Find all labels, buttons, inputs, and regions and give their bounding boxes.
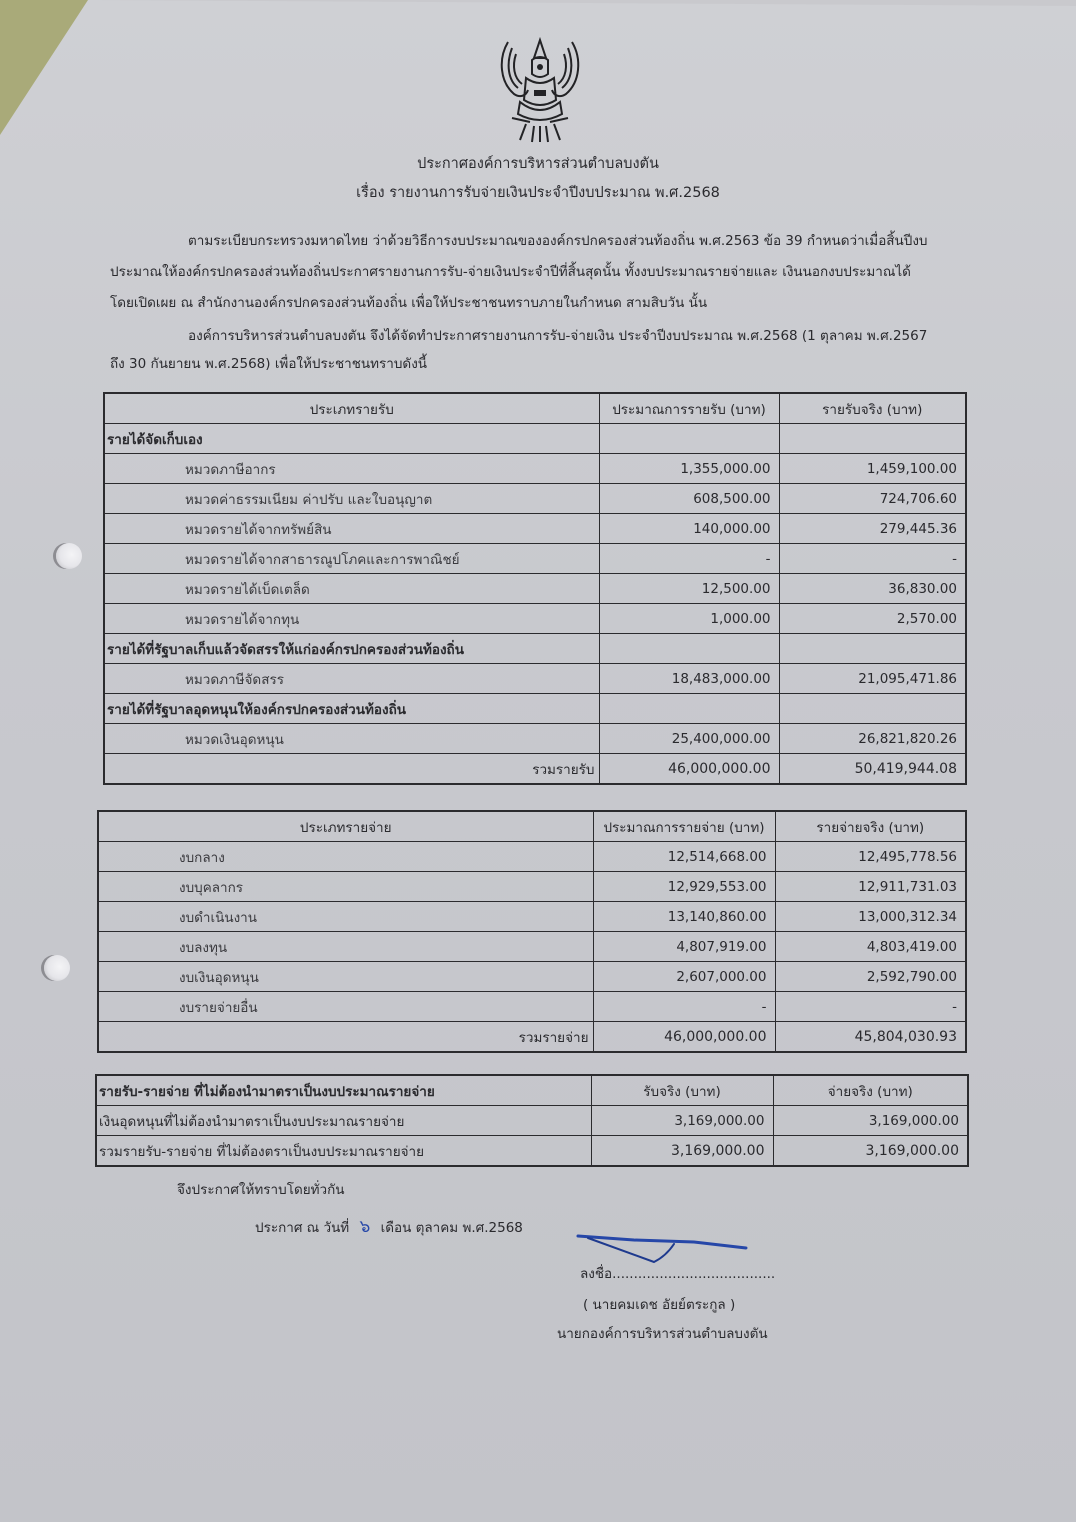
total-label: รวมรายรับ-รายจ่าย ที่ไม่ต้องตราเป็นงบประ… (96, 1136, 591, 1167)
actual-value: 21,095,471.86 (779, 664, 966, 694)
closing-announce: จึงประกาศให้ทราบโดยทั่วกัน (177, 1178, 345, 1200)
table-row: งบลงทุน4,807,919.004,803,419.00 (98, 932, 966, 962)
column-header: จ่ายจริง (บาท) (773, 1075, 968, 1106)
announcement-subject: เรื่อง รายงานการรับจ่ายเงินประจำปีงบประม… (0, 181, 1076, 204)
total-actual: 45,804,030.93 (775, 1022, 966, 1053)
date-prefix: ประกาศ ณ วันที่ (255, 1220, 349, 1236)
estimate-value: - (599, 544, 779, 574)
table-row: หมวดรายได้จากทรัพย์สิน140,000.00279,445.… (104, 514, 966, 544)
non-budget-table: รายรับ-รายจ่าย ที่ไม่ต้องนำมาตราเป็นงบปร… (95, 1074, 969, 1167)
table-row: หมวดรายได้เบ็ดเตล็ด12,500.0036,830.00 (104, 574, 966, 604)
intro-line: องค์การบริหารส่วนตำบลบงตัน จึงได้จัดทำปร… (188, 324, 927, 346)
total-paid: 3,169,000.00 (773, 1136, 968, 1167)
category-row: รายได้ที่รัฐบาลเก็บแล้วจัดสรรให้แก่องค์ก… (104, 634, 966, 664)
garuda-emblem-icon (490, 34, 590, 146)
item-label: หมวดค่าธรรมเนียม ค่าปรับ และใบอนุญาต (104, 484, 599, 514)
column-header: รายจ่ายจริง (บาท) (775, 811, 966, 842)
signature-label: ลงชื่อ..................................… (580, 1262, 775, 1284)
item-label: หมวดภาษีจัดสรร (104, 664, 599, 694)
estimate-value: 18,483,000.00 (599, 664, 779, 694)
actual-value: 724,706.60 (779, 484, 966, 514)
actual-value: 12,911,731.03 (775, 872, 966, 902)
estimate-value: 12,929,553.00 (593, 872, 775, 902)
total-estimate: 46,000,000.00 (593, 1022, 775, 1053)
table-row: หมวดภาษีอากร1,355,000.001,459,100.00 (104, 454, 966, 484)
item-label: หมวดภาษีอากร (104, 454, 599, 484)
announcement-title: ประกาศองค์การบริหารส่วนตำบลบงตัน (0, 152, 1076, 175)
estimate-value: 13,140,860.00 (593, 902, 775, 932)
item-label: งบบุคลากร (98, 872, 593, 902)
actual-value: 2,570.00 (779, 604, 966, 634)
estimate-value: 4,807,919.00 (593, 932, 775, 962)
actual-value: 4,803,419.00 (775, 932, 966, 962)
category-row: รายได้ที่รัฐบาลอุดหนุนให้องค์กรปกครองส่ว… (104, 694, 966, 724)
intro-line: โดยเปิดเผย ณ สำนักงานองค์กรปกครองส่วนท้อ… (110, 291, 707, 313)
actual-value (779, 424, 966, 454)
total-row: รวมรายจ่าย46,000,000.0045,804,030.93 (98, 1022, 966, 1053)
column-header: รายรับ-รายจ่าย ที่ไม่ต้องนำมาตราเป็นงบปร… (96, 1075, 591, 1106)
total-label: รวมรายจ่าย (98, 1022, 593, 1053)
column-header: ประมาณการรายจ่าย (บาท) (593, 811, 775, 842)
estimate-value: 1,355,000.00 (599, 454, 779, 484)
table-row: งบบุคลากร12,929,553.0012,911,731.03 (98, 872, 966, 902)
date-suffix: เดือน ตุลาคม พ.ศ.2568 (381, 1220, 523, 1236)
expense-table: ประเภทรายจ่ายประมาณการรายจ่าย (บาท)รายจ่… (97, 810, 967, 1053)
table-row: เงินอุดหนุนที่ไม่ต้องนำมาตราเป็นงบประมาณ… (96, 1106, 968, 1136)
item-label: หมวดเงินอุดหนุน (104, 724, 599, 754)
actual-value: 1,459,100.00 (779, 454, 966, 484)
estimate-value: 140,000.00 (599, 514, 779, 544)
table-header-row: รายรับ-รายจ่าย ที่ไม่ต้องนำมาตราเป็นงบปร… (96, 1075, 968, 1106)
estimate-value: 608,500.00 (599, 484, 779, 514)
estimate-value: 25,400,000.00 (599, 724, 779, 754)
estimate-value: 12,500.00 (599, 574, 779, 604)
revenue-table: ประเภทรายรับประมาณการรายรับ (บาท)รายรับจ… (103, 392, 967, 785)
punch-hole (56, 543, 82, 569)
actual-value (779, 634, 966, 664)
intro-line: ประมาณให้องค์กรปกครองส่วนท้องถิ่นประกาศร… (110, 260, 911, 282)
actual-value: 2,592,790.00 (775, 962, 966, 992)
date-day-handwritten: ๖ (360, 1217, 371, 1237)
column-header: ประมาณการรายรับ (บาท) (599, 393, 779, 424)
total-actual: 50,419,944.08 (779, 754, 966, 785)
table-row: หมวดรายได้จากทุน1,000.002,570.00 (104, 604, 966, 634)
estimate-value (599, 694, 779, 724)
total-estimate: 46,000,000.00 (599, 754, 779, 785)
punch-hole (44, 955, 70, 981)
actual-value: - (775, 992, 966, 1022)
total-row: รวมรายรับ-รายจ่าย ที่ไม่ต้องตราเป็นงบประ… (96, 1136, 968, 1167)
item-label: หมวดรายได้จากทรัพย์สิน (104, 514, 599, 544)
item-label: หมวดรายได้จากทุน (104, 604, 599, 634)
signer-name: ( นายคมเดช อัยย์ตระกูล ) (583, 1293, 735, 1315)
item-label: เงินอุดหนุนที่ไม่ต้องนำมาตราเป็นงบประมาณ… (96, 1106, 591, 1136)
announcement-date: ประกาศ ณ วันที่ ๖ เดือน ตุลาคม พ.ศ.2568 (255, 1213, 523, 1240)
table-header-row: ประเภทรายจ่ายประมาณการรายจ่าย (บาท)รายจ่… (98, 811, 966, 842)
actual-value: 26,821,820.26 (779, 724, 966, 754)
column-header: รายรับจริง (บาท) (779, 393, 966, 424)
item-label: งบดำเนินงาน (98, 902, 593, 932)
actual-value (779, 694, 966, 724)
intro-line: ตามระเบียบกระทรวงมหาดไทย ว่าด้วยวิธีการง… (188, 229, 928, 251)
intro-line: ถึง 30 กันยายน พ.ศ.2568) เพื่อให้ประชาชน… (110, 352, 427, 374)
actual-value: 279,445.36 (779, 514, 966, 544)
table-row: งบรายจ่ายอื่น-- (98, 992, 966, 1022)
received-value: 3,169,000.00 (591, 1106, 773, 1136)
total-row: รวมรายรับ46,000,000.0050,419,944.08 (104, 754, 966, 785)
table-row: หมวดเงินอุดหนุน25,400,000.0026,821,820.2… (104, 724, 966, 754)
actual-value: 12,495,778.56 (775, 842, 966, 872)
item-label: งบกลาง (98, 842, 593, 872)
column-header: ประเภทรายจ่าย (98, 811, 593, 842)
category-label: รายได้ที่รัฐบาลเก็บแล้วจัดสรรให้แก่องค์ก… (104, 634, 599, 664)
column-header: รับจริง (บาท) (591, 1075, 773, 1106)
item-label: งบรายจ่ายอื่น (98, 992, 593, 1022)
estimate-value: 2,607,000.00 (593, 962, 775, 992)
paid-value: 3,169,000.00 (773, 1106, 968, 1136)
table-row: งบดำเนินงาน13,140,860.0013,000,312.34 (98, 902, 966, 932)
estimate-value (599, 424, 779, 454)
table-row: งบกลาง12,514,668.0012,495,778.56 (98, 842, 966, 872)
item-label: งบลงทุน (98, 932, 593, 962)
item-label: หมวดรายได้จากสาธารณูปโภคและการพาณิชย์ (104, 544, 599, 574)
table-row: งบเงินอุดหนุน2,607,000.002,592,790.00 (98, 962, 966, 992)
total-received: 3,169,000.00 (591, 1136, 773, 1167)
total-label: รวมรายรับ (104, 754, 599, 785)
actual-value: 36,830.00 (779, 574, 966, 604)
category-row: รายได้จัดเก็บเอง (104, 424, 966, 454)
estimate-value: 12,514,668.00 (593, 842, 775, 872)
estimate-value: - (593, 992, 775, 1022)
column-header: ประเภทรายรับ (104, 393, 599, 424)
category-label: รายได้จัดเก็บเอง (104, 424, 599, 454)
estimate-value: 1,000.00 (599, 604, 779, 634)
table-row: หมวดภาษีจัดสรร18,483,000.0021,095,471.86 (104, 664, 966, 694)
table-row: หมวดรายได้จากสาธารณูปโภคและการพาณิชย์-- (104, 544, 966, 574)
estimate-value (599, 634, 779, 664)
item-label: งบเงินอุดหนุน (98, 962, 593, 992)
table-header-row: ประเภทรายรับประมาณการรายรับ (บาท)รายรับจ… (104, 393, 966, 424)
signer-title: นายกองค์การบริหารส่วนตำบลบงตัน (557, 1322, 768, 1344)
actual-value: 13,000,312.34 (775, 902, 966, 932)
item-label: หมวดรายได้เบ็ดเตล็ด (104, 574, 599, 604)
category-label: รายได้ที่รัฐบาลอุดหนุนให้องค์กรปกครองส่ว… (104, 694, 599, 724)
table-row: หมวดค่าธรรมเนียม ค่าปรับ และใบอนุญาต608,… (104, 484, 966, 514)
actual-value: - (779, 544, 966, 574)
